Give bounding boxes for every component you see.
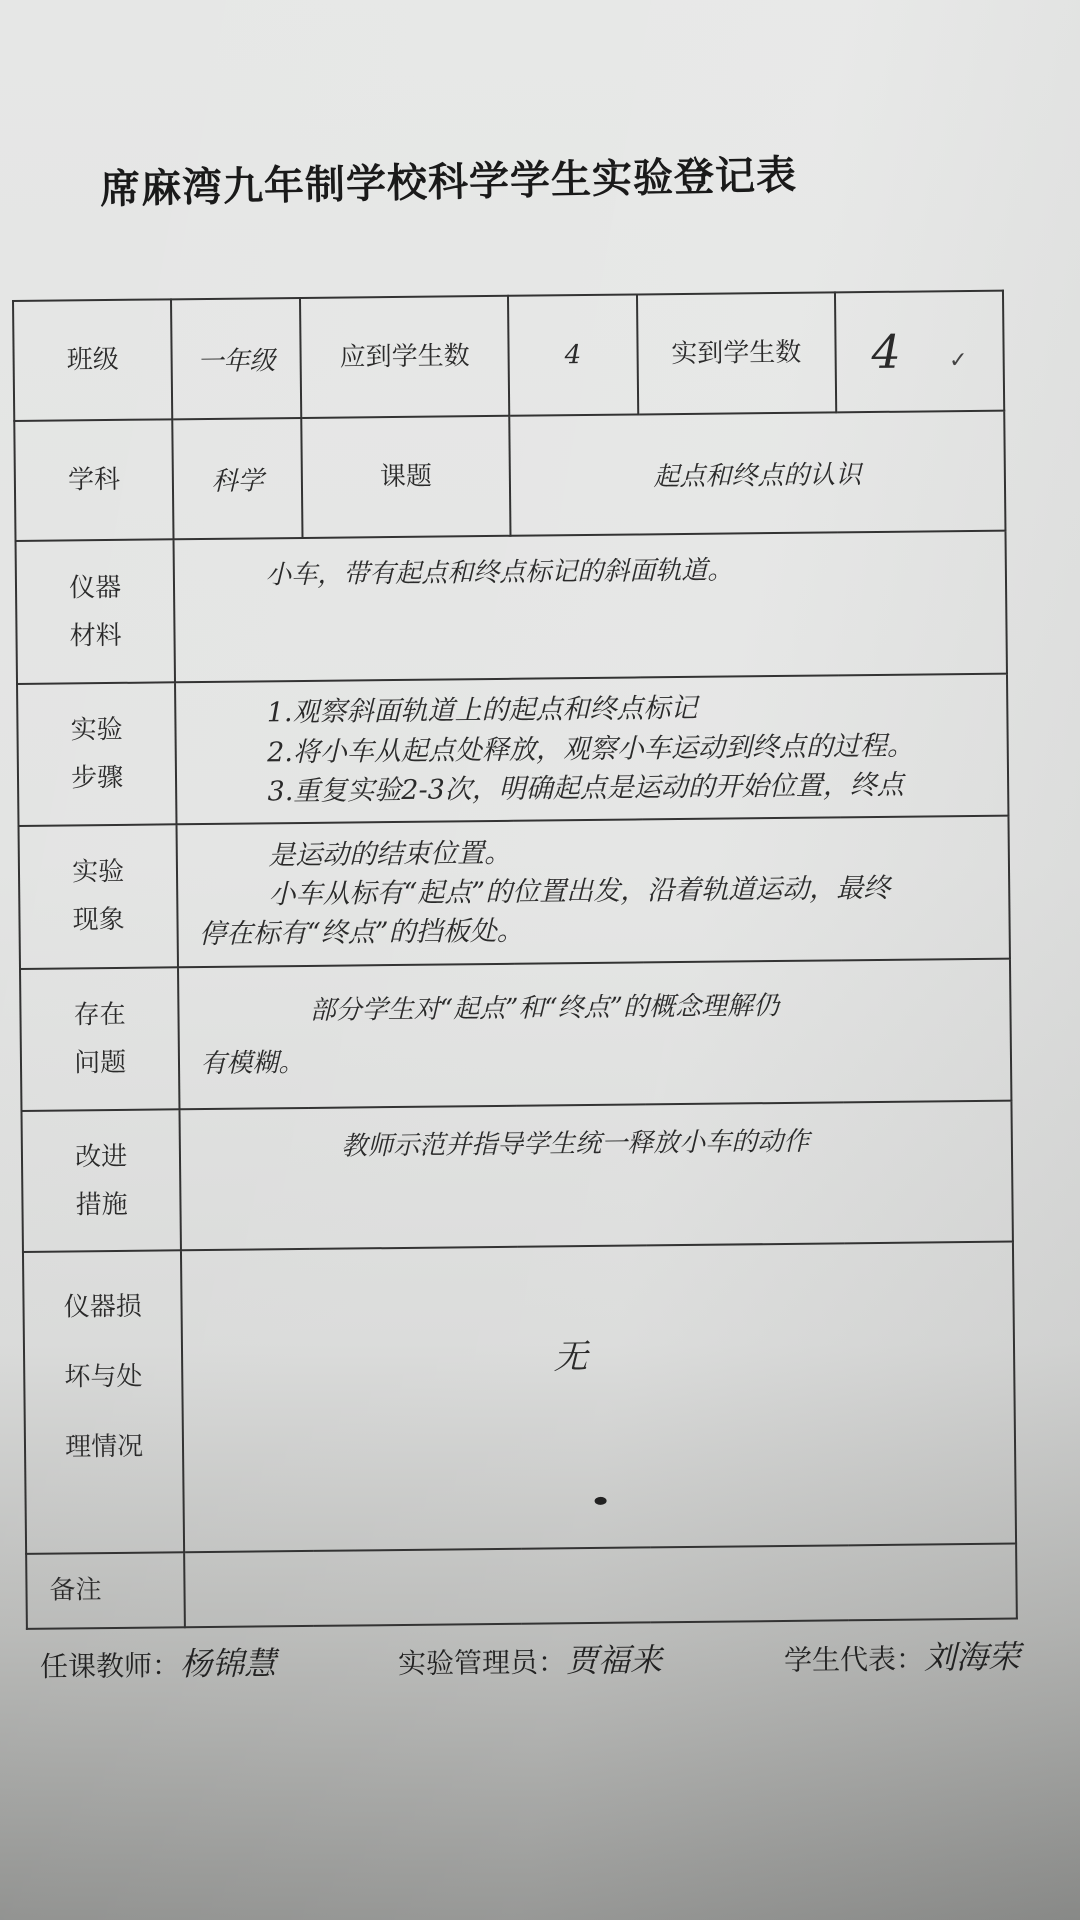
expected-students-label: 应到学生数 <box>300 296 509 418</box>
signature-footer: 任课教师：杨锦慧 实验管理员：贾福来 学生代表：刘海荣 <box>40 1632 1020 1687</box>
teacher-label: 任课教师： <box>40 1649 180 1683</box>
remarks-value <box>185 1543 1017 1627</box>
steps-label-line1: 实验 <box>18 716 175 744</box>
check-mark-icon: ✓ <box>949 348 968 373</box>
problems-label-line2: 问题 <box>22 1049 179 1077</box>
admin-signature: 实验管理员：贾福来 <box>398 1635 662 1683</box>
row-class: 班级 一年级 应到学生数 4 实到学生数 4 ✓ <box>13 291 1004 422</box>
problems-label-line1: 存在 <box>21 1001 178 1029</box>
damage-label-line3: 理情况 <box>26 1433 183 1461</box>
steps-label-line2: 步骤 <box>19 764 176 792</box>
phenomenon-label-line1: 实验 <box>20 859 177 887</box>
teacher-signature: 任课教师：杨锦慧 <box>40 1638 276 1686</box>
teacher-name: 杨锦慧 <box>180 1644 276 1683</box>
damage-label: 仪器损 坏与处 理情况 <box>23 1250 185 1553</box>
improvements-label: 改进 措施 <box>21 1110 181 1252</box>
actual-students-label: 实到学生数 <box>637 292 836 414</box>
remarks-label: 备注 <box>26 1552 185 1629</box>
phenomenon-label: 实验 现象 <box>19 824 179 968</box>
student-label: 学生代表： <box>784 1643 924 1677</box>
problems-line-2: 有模糊。 <box>200 1030 990 1090</box>
damage-value: 无 <box>553 1329 588 1378</box>
student-signature: 学生代表：刘海荣 <box>784 1632 1020 1680</box>
actual-students-value: 4 <box>871 325 901 379</box>
student-name: 刘海荣 <box>924 1638 1020 1677</box>
improvements-value: 教师示范并指导学生统一释放小车的动作 <box>180 1101 1013 1250</box>
phenomenon-label-line2: 现象 <box>20 907 177 935</box>
improvements-text: 教师示范并指导学生统一释放小车的动作 <box>201 1122 991 1168</box>
steps-label: 实验 步骤 <box>17 682 177 826</box>
problems-label: 存在 问题 <box>20 967 180 1111</box>
actual-students-cell: 4 ✓ <box>835 291 1005 413</box>
improvements-label-line2: 措施 <box>23 1191 180 1219</box>
phenomenon-line-2: 小车从标有“起点”的位置出发，沿着轨道运动，最终 <box>198 868 988 915</box>
damage-value-cell: 无 <box>181 1242 1016 1552</box>
row-subject: 学科 科学 课题 起点和终点的认识 <box>14 411 1005 542</box>
problems-line-1: 部分学生对“起点”和“终点”的概念理解仍 <box>200 978 990 1038</box>
row-equipment: 仪器 材料 小车，带有起点和终点标记的斜面轨道。 <box>16 531 1007 684</box>
topic-label: 课题 <box>301 416 510 538</box>
row-improvements: 改进 措施 教师示范并指导学生统一释放小车的动作 <box>21 1101 1012 1252</box>
row-steps: 实验 步骤 1.观察斜面轨道上的起点和终点标记 2.将小车从起点处释放，观察小车… <box>17 674 1008 826</box>
row-damage: 仪器损 坏与处 理情况 无 <box>23 1242 1016 1554</box>
ink-spot-icon <box>595 1497 607 1505</box>
equipment-label-line1: 仪器 <box>17 574 174 602</box>
equipment-text: 小车，带有起点和终点标记的斜面轨道。 <box>195 550 985 596</box>
equipment-label: 仪器 材料 <box>16 540 176 684</box>
problems-value: 部分学生对“起点”和“终点”的概念理解仍 有模糊。 <box>178 958 1011 1109</box>
class-value: 一年级 <box>171 298 301 420</box>
row-remarks: 备注 <box>26 1543 1017 1629</box>
step-line-3: 3.重复实验2-3次，明确起点是运动的开始位置，终点 <box>197 764 987 811</box>
damage-label-line2: 坏与处 <box>25 1363 182 1391</box>
damage-label-line1: 仪器损 <box>24 1293 181 1321</box>
expected-students-value: 4 <box>508 294 638 416</box>
subject-label: 学科 <box>14 420 174 542</box>
topic-value: 起点和终点的认识 <box>509 411 1005 536</box>
admin-name: 贾福来 <box>566 1641 662 1680</box>
admin-label: 实验管理员： <box>398 1646 566 1680</box>
class-label: 班级 <box>13 299 173 421</box>
registration-table-wrapper: 班级 一年级 应到学生数 4 实到学生数 4 ✓ 学科 科学 课题 起点和终点的… <box>12 290 1018 1630</box>
improvements-label-line1: 改进 <box>23 1143 180 1171</box>
subject-value: 科学 <box>173 418 303 540</box>
steps-value: 1.观察斜面轨道上的起点和终点标记 2.将小车从起点处释放，观察小车运动到终点的… <box>175 674 1008 825</box>
phenomenon-line-3: 停在标有“终点”的挡板处。 <box>199 907 989 954</box>
row-phenomenon: 实验 现象 是运动的结束位置。 小车从标有“起点”的位置出发，沿着轨道运动，最终… <box>19 816 1010 969</box>
phenomenon-value: 是运动的结束位置。 小车从标有“起点”的位置出发，沿着轨道运动，最终 停在标有“… <box>177 816 1010 967</box>
equipment-label-line2: 材料 <box>17 622 174 650</box>
equipment-value: 小车，带有起点和终点标记的斜面轨道。 <box>174 531 1007 682</box>
row-problems: 存在 问题 部分学生对“起点”和“终点”的概念理解仍 有模糊。 <box>20 958 1011 1111</box>
registration-table: 班级 一年级 应到学生数 4 实到学生数 4 ✓ 学科 科学 课题 起点和终点的… <box>12 290 1018 1630</box>
